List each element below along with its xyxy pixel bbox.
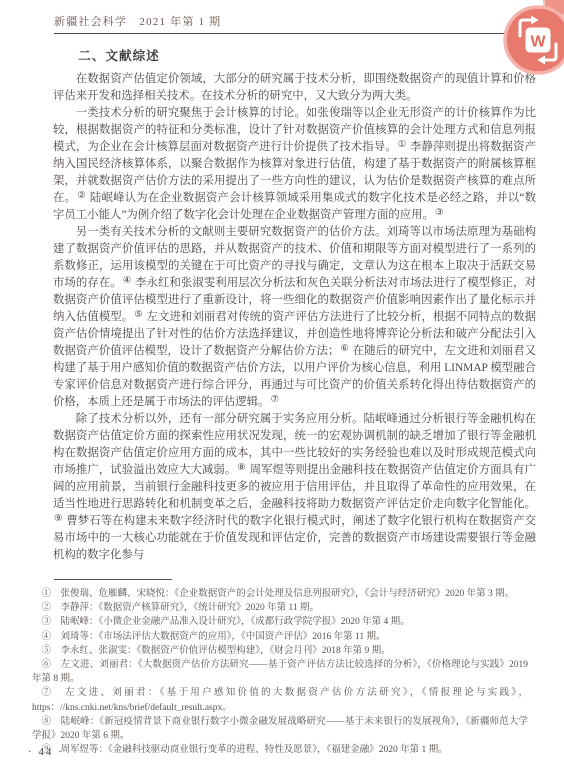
paragraph: 一类技术分析的研究聚焦于会计核算的讨论。如张俊瑞等以企业无形资产的计价核算作为比… xyxy=(53,105,536,224)
footnote-ref: ② xyxy=(77,191,86,201)
page-number: · 44 · xyxy=(28,746,64,758)
footnote-ref: ⑨ xyxy=(54,514,62,524)
footnote-item: ⑧ 陆岷峰：《新冠疫情背景下商业银行数字小微金融发展战略研究——基于未来银行的发… xyxy=(32,715,528,743)
footnote-item: ③ 陆岷峰：《小微企业金融产品准入设计研究》，《成都行政学院学报》2020 年第… xyxy=(32,615,528,629)
footnote-ref: ① xyxy=(398,140,406,150)
document-page: 新疆社会科学 2021 年第 1 期 二、文献综述 在数据资产估值定价领域，大部… xyxy=(0,0,564,780)
footnote-ref: ⑧ xyxy=(237,463,245,473)
word-convert-button[interactable]: W xyxy=(503,5,564,75)
footnote-item: ⑨ 周军煜等：《金融科技驱动商业银行变革的进程、特性及愿景》，《福建金融》202… xyxy=(32,743,528,757)
footnote-ref: ⑥ xyxy=(340,344,349,354)
footnote-item: ① 张俊瑞、危雁麟、宋晓悦：《企业数据资产的会计处理及信息列报研究》，《会计与经… xyxy=(32,587,528,601)
paragraph: 另一类有关技术分析的文献则主要研究数据资产的估价方法。刘琦等以市场法原理为基础构… xyxy=(53,224,536,411)
footnote-ref: ⑦ xyxy=(270,395,278,405)
footnote-ref: ④ xyxy=(123,276,131,286)
footnote-ref: ⑤ xyxy=(134,310,142,320)
word-convert-icon: W xyxy=(503,5,564,75)
footnote-item: ② 李静萍：《数据资产核算研究》，《统计研究》2020 年第 11 期。 xyxy=(32,601,528,615)
body-paragraphs: 在数据资产估值定价领域，大部分的研究属于技术分析，即围绕数据资产的现值计算和价格… xyxy=(53,71,536,564)
paragraph: 在数据资产估值定价领域，大部分的研究属于技术分析，即围绕数据资产的现值计算和价格… xyxy=(53,71,536,105)
word-letter: W xyxy=(530,34,546,51)
footnote-item: ⑤ 李永红、张淑雯：《数据资产价值评估模型构建》，《财会月刊》2018 年第 9… xyxy=(32,644,528,658)
footnote-item: ⑥ 左文进、刘丽君：《大数据资产估价方法研究——基于资产评估方法比较选择的分析》… xyxy=(32,658,528,686)
paragraph: 除了技术分析以外，还有一部分研究属于实务应用分析。陆岷峰通过分析银行等金融机构在… xyxy=(53,411,536,564)
footnote-ref: ③ xyxy=(435,208,443,218)
section-heading: 二、文献综述 xyxy=(53,45,534,64)
header-rule xyxy=(54,33,557,34)
journal-header: 新疆社会科学 2021 年第 1 期 xyxy=(54,13,534,29)
footnote-separator xyxy=(54,579,172,580)
footnotes: ① 张俊瑞、危雁麟、宋晓悦：《企业数据资产的会计处理及信息列报研究》，《会计与经… xyxy=(32,587,528,757)
footnote-item: ⑦ 左文进、刘丽君：《基于用户感知价值的大数据资产估价方法研究》，《情报理论与实… xyxy=(32,686,528,714)
footnote-item: ④ 刘琦等：《市场法评估大数据资产的应用》，《中国资产评估》2016 年第 11… xyxy=(32,630,528,644)
